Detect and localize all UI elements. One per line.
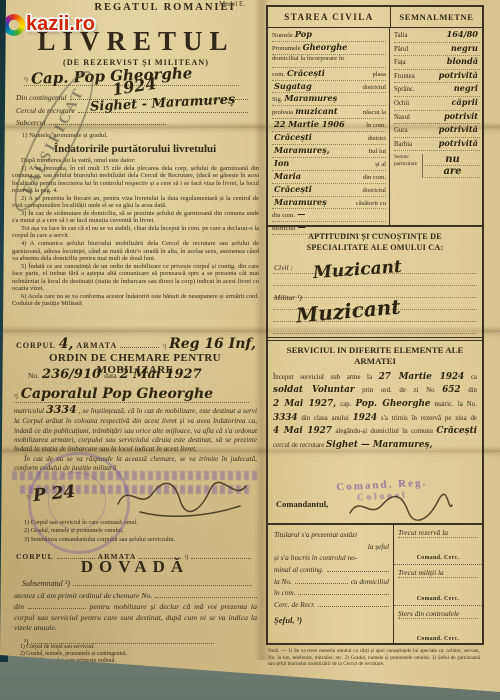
- undersigned-row: Subsemnatul ²): [22, 579, 252, 588]
- description-row: Părulnegru: [394, 43, 480, 57]
- description-row: Barbiapotrivită: [394, 138, 480, 152]
- description-row: Fațablondă: [394, 56, 480, 70]
- description-row: Gurapotrivită: [394, 124, 480, 138]
- records-section: Titularul s'a prezentat astăzi la șeful …: [268, 523, 482, 645]
- records-cells: Trecut rezervă la Comand. Cerc. Trecut m…: [393, 525, 482, 645]
- proof-line: atestez că am primit ordinul de chemare …: [14, 591, 257, 602]
- okazii-logo-icon: [3, 14, 25, 36]
- presented-line: la No.: [274, 576, 292, 588]
- presented-line: și s'a înscris în controlul no-: [274, 552, 389, 564]
- corps-label: CORPUL: [16, 341, 56, 350]
- commander-signature: [112, 476, 252, 518]
- commander-signature: [346, 491, 456, 525]
- form-line: NumelePop: [272, 29, 386, 42]
- order-date-label: data: [104, 371, 117, 380]
- military-profession-handwritten: Muzicant: [295, 294, 401, 327]
- form-line: din com.—: [272, 209, 386, 222]
- record-text: Trecut rezervă la: [398, 528, 478, 538]
- aptitudes-heading: APTITUDINI ȘI CUNOȘTINȚE DE SPECIALITATE…: [268, 227, 482, 253]
- corps-value-handwritten: 4,: [59, 336, 74, 352]
- record-signature-label: Comand. Cerc.: [398, 596, 478, 602]
- description-row: Sprânc.negri: [394, 83, 480, 97]
- form-line: Ionși al: [272, 158, 386, 171]
- presented-line: Cerc. de Recr.: [274, 599, 315, 611]
- order-no-label: No.: [28, 371, 39, 380]
- order-number-row: No. 236/910 data 2 Mai 1927: [28, 367, 238, 382]
- regiment-value-handwritten: Reg 16 Inf,: [169, 336, 256, 352]
- description-row: Talia164/80: [394, 29, 480, 43]
- description-row: Frunteapotrivită: [394, 70, 480, 84]
- form-line: Maramureșcăsătorit cu: [272, 197, 386, 210]
- proof-line2: din pentru mobilizare și declar că mă vo…: [14, 602, 257, 634]
- form-line: PronumeleGheorghe: [272, 42, 386, 55]
- undersigned-label: Subsemnatul ²): [22, 579, 70, 588]
- footnote-ref: ¹): [24, 77, 28, 83]
- description-row: Ochiicăprii: [394, 97, 480, 111]
- civil-profession-handwritten: Muzicant: [312, 257, 402, 283]
- presented-line: minal al conting.: [274, 564, 324, 576]
- duty-item: Tot așa va face în caz că el nu se va st…: [12, 225, 259, 240]
- record-text: Șters din controalele: [398, 609, 478, 619]
- form-line: Mariadin com.: [272, 171, 386, 184]
- service-body: Început serviciul sub arme la 27 Martie …: [268, 368, 482, 453]
- presented-line: cu domiciliul: [351, 576, 389, 588]
- footnote-ref: ²): [14, 394, 18, 400]
- army-label: ARMATA: [76, 341, 117, 350]
- proof-heading: DOVADĂ: [14, 557, 256, 577]
- chief-label: Șeful, ³): [274, 614, 389, 628]
- service-heading: SERVICIUL IN DIFERITE ELEMENTE ALE ARMAT…: [268, 341, 482, 368]
- grade-name-handwritten: Caporalul Pop Gheorghe: [21, 386, 213, 402]
- civil-status-fields: NumelePop PronumeleGheorghe domiciliat l…: [268, 27, 390, 225]
- form-line: Sugatagdistrictul: [272, 81, 386, 94]
- record-cell: Trecut miliții la Comand. Cerc.: [394, 565, 482, 605]
- grade-name-row: ²) Caporalul Pop Gheorghe: [14, 386, 249, 403]
- civil-status-heading: STAREA CIVILA: [268, 7, 391, 27]
- proof-line2-start: din: [14, 602, 24, 611]
- footnote: 3) Semnătura celui care primește ordinul…: [20, 658, 252, 665]
- right-form: STAREA CIVILA SEMNALMETNE NumelePop Pron…: [266, 5, 484, 645]
- presented-line: în com.: [274, 587, 295, 599]
- subcircle-row: Subcercul: [16, 118, 166, 127]
- particular-signs-value: are: [425, 166, 480, 178]
- form-line: com.Crăceștiplasa: [272, 68, 386, 81]
- presented-line: la șeful: [274, 541, 389, 553]
- duty-item: 3) În caz de strămutare de domiciliu, să…: [12, 210, 259, 225]
- matricol-value-handwritten: 3334: [46, 403, 77, 416]
- duty-item: 5) Îndată ce are cunoștință de un ordin …: [12, 263, 259, 293]
- form-line: profesiamuzicantnăscut la: [272, 106, 386, 119]
- record-cell: Trecut rezervă la Comand. Cerc.: [394, 525, 482, 565]
- description-fields: Talia164/80 Părulnegru Fațablondă Frunte…: [390, 27, 482, 225]
- record-cell: Șters din controalele Comand. Cerc.: [394, 606, 482, 645]
- presented-text: Titularul s'a prezentat astăzi la șeful …: [268, 525, 393, 645]
- description-row: Nasulpotrivit: [394, 111, 480, 125]
- document-paper: REGATUL ROMANIEI Model E. kazii.ro FALSI…: [0, 0, 500, 700]
- corps-army-row: CORPUL 4, ARMATA ¹) Reg 16 Inf,: [16, 336, 256, 352]
- form-line: Maramureș,fiul lui: [272, 145, 386, 158]
- record-signature-label: Comand. Cerc.: [398, 636, 478, 642]
- civil-label: Civil :: [274, 263, 293, 272]
- aptitudes-section: APTITUDINI ȘI CUNOȘTINȚE DE SPECIALITATE…: [268, 225, 482, 339]
- scanned-document-page: { "colors":{"paper":"#d9c28c","ink":"#33…: [0, 0, 500, 700]
- form-line: Sig.Maramureș: [272, 93, 386, 106]
- form-line: domiciliat la încorporare în: [272, 55, 386, 68]
- form-header-row: STAREA CIVILA SEMNALMETNE: [268, 7, 482, 28]
- proof-body: atestez că am primit ordinul de chemare …: [14, 591, 257, 634]
- record-signature-label: Comand. Cerc.: [398, 555, 478, 561]
- footnote-ref: ¹): [162, 344, 166, 350]
- okazii-watermark-text: kazii.ro: [26, 13, 95, 36]
- particular-signs: Semne particulare nu are: [394, 154, 480, 178]
- civil-status-area: NumelePop PronumeleGheorghe domiciliat l…: [268, 27, 482, 225]
- presented-line: Titularul s'a prezentat astăzi: [274, 529, 389, 541]
- particular-signs-label: Semne particulare: [394, 154, 423, 178]
- record-text: Trecut miliții la: [398, 568, 478, 578]
- description-heading: SEMNALMETNE: [391, 7, 482, 27]
- okazii-watermark: kazii.ro: [3, 13, 95, 36]
- particular-signs-value: nu: [425, 154, 480, 166]
- model-label: Model E.: [219, 0, 245, 8]
- order-no-value-handwritten: 236/910: [42, 367, 101, 382]
- proof-line2-rest: pentru mobilizare și declar că mă voi pr…: [14, 602, 257, 633]
- form-line: Crăceștidistrict: [272, 132, 386, 145]
- form-line: 22 Martie 1906în com.: [272, 119, 386, 132]
- service-section: SERVICIUL IN DIFERITE ELEMENTE ALE ARMAT…: [268, 337, 482, 527]
- proof-line1: atestez că am primit ordinul de chemare …: [14, 591, 152, 602]
- duty-item: 6) Acela care nu se va conforma acestor …: [12, 293, 259, 308]
- military-label: Militar ¹): [274, 293, 302, 302]
- bottom-note: Notă. — 1) Se va trece meseria omului cu…: [268, 648, 480, 668]
- order-date-value-handwritten: 2 Mai 1927: [120, 367, 202, 382]
- matricol-label: matricolul: [14, 407, 44, 415]
- order-paragraph: matricolul 3334 , se înștiințează, că în…: [14, 403, 257, 455]
- duty-item: 2) A se prezenta în fiecare an, pentru v…: [12, 195, 259, 210]
- duty-item: 4) A comunica șefului biuroului mobiliză…: [12, 240, 259, 263]
- proof-footnotes: 1) Corpul de trupă sau serviciul. 2) Gra…: [20, 644, 252, 666]
- form-line: Crăceștidistrictul: [272, 184, 386, 197]
